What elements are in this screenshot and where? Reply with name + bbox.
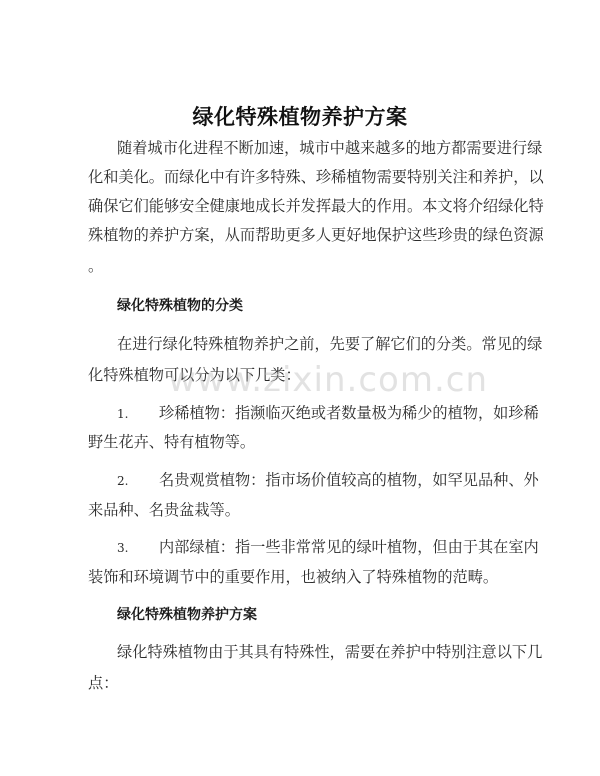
- document-title: 绿化特殊植物养护方案: [0, 101, 600, 131]
- intro-line-3: 确保它们能够安全健康地成长并发挥最大的作用。本文将介绍绿化特: [88, 196, 544, 216]
- intro-line-2: 化和美化。而绿化中有许多特殊、珍稀植物需要特别关注和养护，以: [88, 167, 544, 187]
- list-item-line: 野生花卉、特有植物等。: [88, 432, 255, 452]
- section-heading-classification: 绿化特殊植物的分类: [117, 296, 243, 316]
- list-item-number: 1.: [117, 404, 128, 424]
- intro-line-4: 殊植物的养护方案，从而帮助更多人更好地保护这些珍贵的绿色资源: [88, 225, 544, 245]
- intro-line-5: 。: [88, 256, 103, 276]
- list-item-number: 3.: [117, 538, 128, 558]
- section-heading-care-plan: 绿化特殊植物养护方案: [117, 605, 257, 625]
- list-item-line: 来品种、名贵盆栽等。: [88, 500, 240, 520]
- list-item-line: 装饰和环境调节中的重要作用，也被纳入了特殊植物的范畴。: [88, 567, 498, 587]
- list-item-number: 2.: [117, 471, 128, 491]
- watermark: www.zixin.com.cn: [168, 360, 488, 400]
- section2-paragraph-line-1: 绿化特殊植物由于其具有特殊性，需要在养护中特别注意以下几: [117, 642, 542, 662]
- intro-line-1: 随着城市化进程不断加速，城市中越来越多的地方都需要进行绿: [117, 138, 542, 158]
- section1-paragraph-line-1: 在进行绿化特殊植物养护之前，先要了解它们的分类。常见的绿: [117, 334, 542, 354]
- list-item-line: 珍稀植物：指濒临灭绝或者数量极为稀少的植物，如珍稀: [159, 403, 539, 423]
- document-page: 绿化特殊植物养护方案 随着城市化进程不断加速，城市中越来越多的地方都需要进行绿 …: [0, 0, 600, 776]
- list-item-line: 内部绿植：指一些非常常见的绿叶植物，但由于其在室内: [159, 537, 539, 557]
- section2-paragraph-line-2: 点：: [88, 673, 118, 693]
- list-item-line: 名贵观赏植物：指市场价值较高的植物，如罕见品种、外: [159, 470, 539, 490]
